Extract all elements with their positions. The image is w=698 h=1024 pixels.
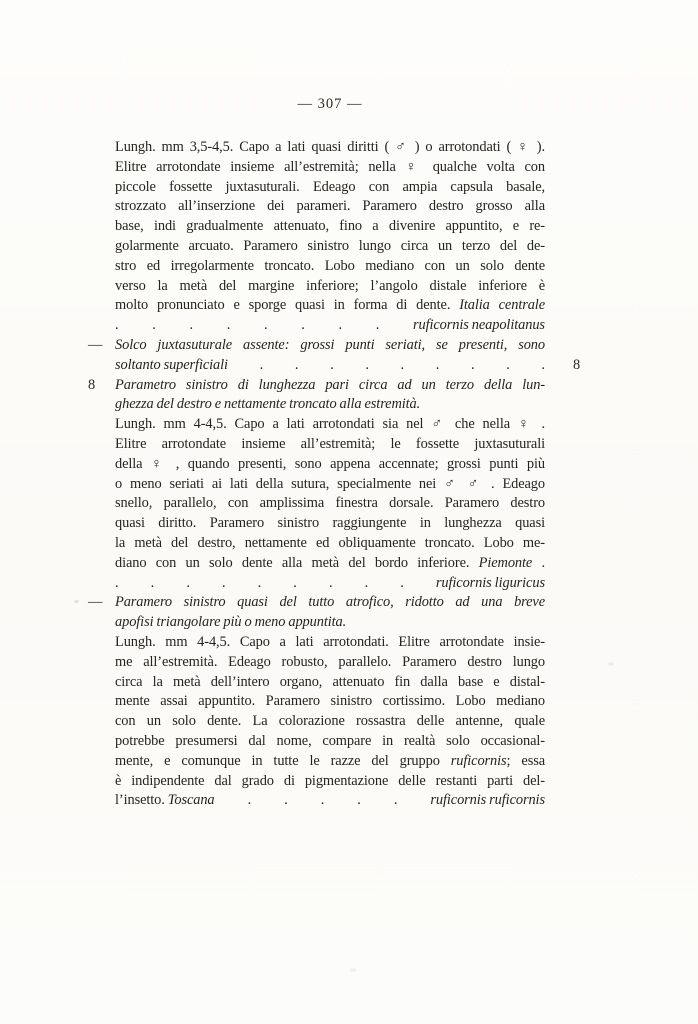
text-line: Solco juxtasuturale assente: grossi punt…: [115, 336, 545, 356]
leader-dot: .: [541, 356, 545, 376]
leader-dot: .: [227, 316, 231, 336]
key-entry: Lungh. mm 3,5-4,5. Capo a lati quasi dir…: [88, 138, 596, 336]
text-line: mente assai appuntito. Paramero sinistro…: [115, 692, 545, 712]
italic-text: apofisi triangolare più o meno appuntita…: [115, 614, 346, 630]
body-text: quasi diritto. Paramero sinistro raggiun…: [115, 515, 545, 531]
text-line: è indipendente dal grado di pigmentazion…: [115, 772, 545, 792]
leader-dot: .: [115, 574, 119, 594]
entry-body: Lungh. mm 3,5-4,5. Capo a lati quasi dir…: [115, 138, 545, 336]
key-entry: —Paramero sinistro quasi del tutto atrof…: [88, 593, 596, 811]
leader-dot: .: [284, 791, 288, 811]
taxon-name: ruficornis neapolitanus: [413, 316, 545, 336]
entry-marker: —: [88, 336, 115, 376]
entry-body: Paramero sinistro quasi del tutto atrofi…: [115, 593, 545, 811]
text-line: stro ed irregolarmente troncato. Lobo me…: [115, 257, 545, 277]
body-text: verso la metà del margine inferiore; l’a…: [115, 278, 545, 294]
leader-dot: .: [357, 791, 361, 811]
entry-marker: 8: [88, 376, 115, 594]
leader-dot: .: [471, 356, 475, 376]
scan-speck: [350, 968, 357, 972]
text-line: quasi diritto. Paramero sinistro raggiun…: [115, 514, 545, 534]
leader-dot: .: [401, 356, 405, 376]
text-line: potrebbe presumersi dal nome, compare in…: [115, 732, 545, 752]
leader-dot: .: [115, 316, 119, 336]
taxon-name: ruficornis ruficornis: [430, 791, 545, 811]
body-text: Elitre arrotondate insieme all’estremità…: [115, 159, 545, 175]
text-line: circa la metà dell’intero organo, attenu…: [115, 673, 545, 693]
text-line: Lungh. mm 4-4,5. Capo a lati arrotondati…: [115, 415, 545, 435]
leader-dot: .: [376, 316, 380, 336]
italic-text: ruficornis: [451, 753, 507, 769]
body-text: potrebbe presumersi dal nome, compare in…: [115, 733, 545, 749]
text-line: della ♀ , quando presenti, sono appena a…: [115, 455, 545, 475]
body-text: base, indi gradualmente attenuato, fino …: [115, 218, 545, 234]
leader-line: soltanto superficiali.........8: [115, 356, 545, 376]
body-text: l’insetto.: [115, 792, 168, 808]
leader-dot: .: [365, 574, 369, 594]
text-line: Paramero sinistro quasi del tutto atrofi…: [115, 593, 545, 613]
text-line: me all’estremità. Edeago robusto, parall…: [115, 653, 545, 673]
body-text: con un solo dente. La colorazione rossas…: [115, 713, 545, 729]
text-line: apofisi triangolare più o meno appuntita…: [115, 613, 545, 633]
dichotomous-key-text: Lungh. mm 3,5-4,5. Capo a lati quasi dir…: [88, 138, 596, 811]
text-line: con un solo dente. La colorazione rossas…: [115, 712, 545, 732]
text-line: Elitre arrotondate insieme all’estremità…: [115, 435, 545, 455]
leader-dot: .: [260, 356, 264, 376]
text-line: molto pronunciato e sporge quasi in form…: [115, 296, 545, 316]
scan-speck: [608, 662, 614, 666]
body-text: molto pronunciato e sporge quasi in form…: [115, 297, 459, 313]
key-entry: 8Parametro sinistro di lunghezza pari ci…: [88, 376, 596, 594]
italic-text: ghezza del destro e nettamente troncato …: [115, 396, 420, 412]
text-line: o meno seriati ai lati della sutura, spe…: [115, 475, 545, 495]
body-text: mente assai appuntito. Paramero sinistro…: [115, 693, 545, 709]
key-entry: —Solco juxtasuturale assente: grossi pun…: [88, 336, 596, 376]
text-line: golarmente arcuato. Paramero sinistro lu…: [115, 237, 545, 257]
italic-text: Piemonte: [479, 555, 533, 571]
italic-text: Italia centrale: [459, 297, 545, 313]
text-line: piccole fossette juxtasuturali. Edeago c…: [115, 178, 545, 198]
leader-lead-text: soltanto superficiali: [115, 356, 228, 376]
leader-line: ........ruficornis neapolitanus: [115, 316, 545, 336]
text-line: Elitre arrotondate insieme all’estremità…: [115, 158, 545, 178]
body-text: Lungh. mm 4-4,5. Capo a lati arrotondati…: [115, 416, 545, 432]
text-line: Lungh. mm 4-4,5. Capo a lati arrotondati…: [115, 633, 545, 653]
leader-dot: .: [330, 356, 334, 376]
body-text: è indipendente dal grado di pigmentazion…: [115, 773, 545, 789]
leader-dot: .: [152, 316, 156, 336]
scanned-book-page: { "page": { "header": "— 307 —", "number…: [0, 0, 698, 1024]
body-text: piccole fossette juxtasuturali. Edeago c…: [115, 179, 545, 195]
body-text: snello, parallelo, con amplissima finest…: [115, 495, 545, 511]
leader-dot: .: [301, 316, 305, 336]
body-text: mente, e comunque in tutte le razze del …: [115, 753, 451, 769]
text-line: la metà del destro, nettamente ed obliqu…: [115, 534, 545, 554]
text-line: ghezza del destro e nettamente troncato …: [115, 395, 545, 415]
body-text: ; essa: [507, 753, 545, 769]
leader-dot: .: [436, 356, 440, 376]
leader-dot: .: [222, 574, 226, 594]
leader-dot: .: [295, 356, 299, 376]
text-line: Parametro sinistro di lunghezza pari cir…: [115, 376, 545, 396]
body-text: Lungh. mm 4-4,5. Capo a lati arrotondati…: [115, 634, 545, 650]
page-number: — 307 —: [115, 96, 545, 113]
entry-body: Parametro sinistro di lunghezza pari cir…: [115, 376, 545, 594]
text-line: strozzato all’inserzione dei parameri. P…: [115, 197, 545, 217]
taxon-name: ruficornis liguricus: [436, 574, 545, 594]
body-text: circa la metà dell’intero organo, attenu…: [115, 674, 545, 690]
leader-line: l’insetto. Toscana.....ruficornis rufico…: [115, 791, 545, 811]
body-text: Lungh. mm 3,5-4,5. Capo a lati quasi dir…: [115, 139, 545, 155]
text-line: diano con un solo dente alla metà del bo…: [115, 554, 545, 574]
body-text: la metà del destro, nettamente ed obliqu…: [115, 535, 545, 551]
leader-dot: .: [339, 316, 343, 336]
leader-dot: .: [506, 356, 510, 376]
leader-dot: .: [365, 356, 369, 376]
text-line: verso la metà del margine inferiore; l’a…: [115, 277, 545, 297]
leader-dot: .: [186, 574, 190, 594]
text-line: base, indi gradualmente attenuato, fino …: [115, 217, 545, 237]
body-text: .: [532, 555, 545, 571]
entry-marker: [88, 138, 115, 336]
couplet-ref-number: 8: [573, 356, 580, 376]
body-text: strozzato all’inserzione dei parameri. P…: [115, 198, 545, 214]
text-line: mente, e comunque in tutte le razze del …: [115, 752, 545, 772]
leader-lead-text: l’insetto. Toscana: [115, 791, 215, 811]
body-text: della ♀ , quando presenti, sono appena a…: [115, 456, 545, 472]
text-line: Lungh. mm 3,5-4,5. Capo a lati quasi dir…: [115, 138, 545, 158]
body-text: golarmente arcuato. Paramero sinistro lu…: [115, 238, 545, 254]
leader-line: .........ruficornis liguricus: [115, 574, 545, 594]
italic-text: Parametro sinistro di lunghezza pari cir…: [115, 377, 545, 393]
entry-marker: —: [88, 593, 115, 811]
entry-body: Solco juxtasuturale assente: grossi punt…: [115, 336, 545, 376]
italic-text: Solco juxtasuturale assente: grossi punt…: [115, 337, 545, 353]
leader-dot: .: [321, 791, 325, 811]
italic-text: soltanto superficiali: [115, 357, 228, 373]
leader-dot: .: [394, 791, 398, 811]
scan-speck: [74, 600, 79, 603]
italic-text: Toscana: [168, 792, 215, 808]
leader-dot: .: [190, 316, 194, 336]
body-text: me all’estremità. Edeago robusto, parall…: [115, 654, 545, 670]
body-text: Elitre arrotondate insieme all’estremità…: [115, 436, 545, 452]
body-text: stro ed irregolarmente troncato. Lobo me…: [115, 258, 545, 274]
leader-dot: .: [264, 316, 268, 336]
leader-dot: .: [293, 574, 297, 594]
leader-dot: .: [258, 574, 262, 594]
italic-text: Paramero sinistro quasi del tutto atrofi…: [115, 594, 545, 610]
leader-dot: .: [329, 574, 333, 594]
body-text: diano con un solo dente alla metà del bo…: [115, 555, 479, 571]
leader-dot: .: [248, 791, 252, 811]
text-line: snello, parallelo, con amplissima finest…: [115, 494, 545, 514]
leader-dot: .: [151, 574, 155, 594]
body-text: o meno seriati ai lati della sutura, spe…: [115, 476, 545, 492]
leader-dot: .: [400, 574, 404, 594]
